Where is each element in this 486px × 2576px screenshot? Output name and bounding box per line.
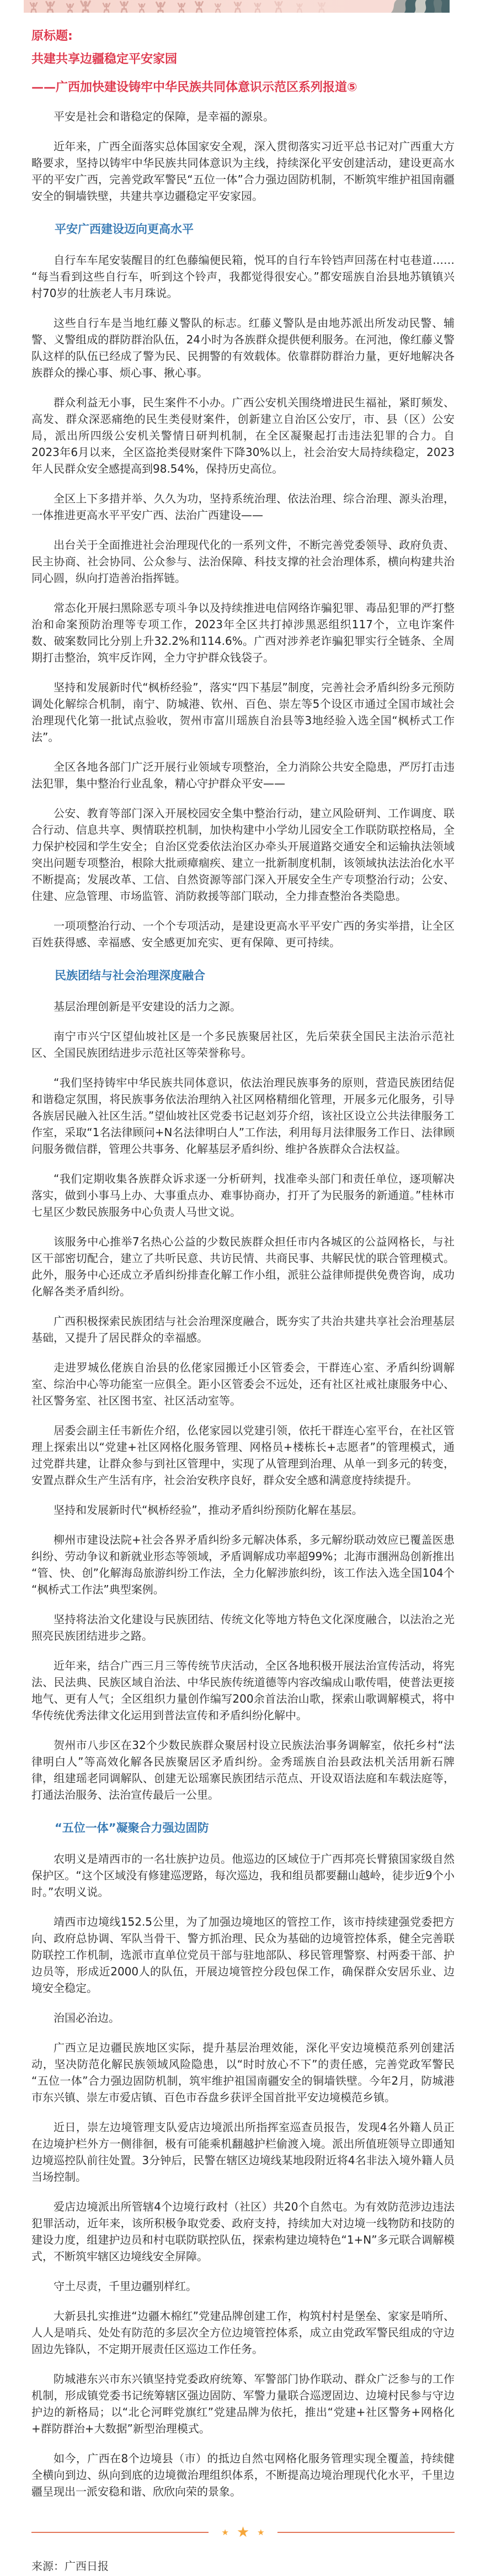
body-paragraph: 守土尽责，千里边疆别样红。 — [31, 2278, 455, 2294]
body-paragraph: 柳州市建设法院+社会各界矛盾纠纷多元解决体系，多元解纷联动效应已覆盖医患纠纷、劳… — [31, 1531, 455, 1598]
body-paragraph: 如今，广西在8个边境县（市）的抵边自然屯网格化服务管理实现全覆盖，持续健全横向到… — [31, 2450, 455, 2500]
article-content: 原标题: 共建共享边疆稳定平安家园 ——广西加快建设铸牢中华民族共同体意识示范区… — [0, 29, 486, 2574]
body-paragraph: 公安、教育等部门深入开展校园安全集中整治行动，建立风险研判、工作调度、联合行动、… — [31, 805, 455, 904]
divider-line-left — [31, 2532, 209, 2533]
body-paragraph: 治国必治边。 — [31, 2010, 455, 2026]
body-paragraph: 爱店边境派出所管辖4个边境行政村（社区）共20个自然屯。为有效防范涉边违法犯罪活… — [31, 2198, 455, 2265]
body-paragraph: 坚持和发展新时代“枫桥经验”，落实“四下基层”制度，完善社会矛盾纠纷多元预防调处… — [31, 679, 455, 745]
body-paragraph: 靖西市边境线152.5公里，为了加强边境地区的管控工作，该市持续建强党委把方向、… — [31, 1914, 455, 1996]
body-paragraph: 该服务中心推举7名热心公益的少数民族群众担任市内各城区的公益网格长，与社区干部密… — [31, 1233, 455, 1300]
body-paragraph: 贺州市八步区在32个少数民族群众聚居村设立民族法治事务调解室，依托乡村“法律明白… — [31, 1737, 455, 1803]
pretitle-label: 原标题: — [31, 29, 455, 44]
article-body: 平安是社会和谐稳定的保障，是幸福的源泉。近年来，广西全面落实总体国家安全观，深入… — [31, 108, 455, 2500]
body-paragraph: 广西积极探索民族团结与社会治理深度融合，既夯实了共治共建共享社会治理基层基础，又… — [31, 1313, 455, 1346]
body-paragraph: 坚持将法治文化建设与民族团结、传统文化等地方特色文化深度融合，以法治之光照亮民族… — [31, 1611, 455, 1644]
body-paragraph: 全区各地各部门广泛开展行业领域专项整治，全力消除公共安全隐患，严厉打击违法犯罪，… — [31, 759, 455, 792]
body-paragraph: “我们定期收集各族群众诉求逐一分析研判，找准牵头部门和责任单位，逐项解决落实，做… — [31, 1170, 455, 1220]
source-line: 来源：广西日报 — [31, 2558, 455, 2574]
body-paragraph: 广西立足边疆民族地区实际，提升基层治理效能，深化平安边境模范系列创建活动，坚决防… — [31, 2039, 455, 2106]
section-heading: “五位一体”凝聚合力强边固防 — [31, 1820, 455, 1836]
body-paragraph: 全区上下多措并举、久久为功，坚持系统治理、依法治理、综合治理、源头治理，一体推进… — [31, 490, 455, 523]
body-paragraph: 平安是社会和谐稳定的保障，是幸福的源泉。 — [31, 108, 455, 125]
body-paragraph: 近年来，结合广西三月三等传统节庆活动，全区各地积极开展法治宣传活动，将宪法、民法… — [31, 1657, 455, 1724]
star-icon: ★ — [221, 2529, 228, 2537]
body-paragraph: 常态化开展扫黑除恶专项斗争以及持续推进电信网络诈骗犯罪、毒品犯罪的严打整治和命案… — [31, 600, 455, 666]
section-divider: ★ ★ ★ — [31, 2525, 455, 2540]
body-paragraph: 群众利益无小事，民生案件不小办。广西公安机关围绕增进民生福祉，紧盯频发、高发、群… — [31, 394, 455, 477]
rock-art-pattern — [24, 0, 450, 13]
body-paragraph: 走进罗城仫佬族自治县的仫佬家园搬迁小区管委会，干群连心室、矛盾纠纷调解室、综治中… — [31, 1359, 455, 1409]
divider-line-right — [277, 2532, 455, 2533]
body-paragraph: 大新县扎实推进“边疆木棉红”党建品牌创建工作，构筑村村是堡垒、家家是哨所、人人是… — [31, 2308, 455, 2357]
body-paragraph: 近日，崇左边境管理支队爱店边境派出所指挥室巡查员报告，发现4名外籍人员正在边境护… — [31, 2119, 455, 2185]
body-paragraph: 基层治理创新是平安建设的活力之源。 — [31, 998, 455, 1015]
article-page: 原标题: 共建共享边疆稳定平安家园 ——广西加快建设铸牢中华民族共同体意识示范区… — [0, 0, 486, 2576]
body-paragraph: 居委会副主任韦新佐介绍，仫佬家园以党建引领，依托干群连心室平台，在社区管理上探索… — [31, 1422, 455, 1488]
body-paragraph: 自行车车尾安装醒目的红色藤编便民箱，悦耳的自行车铃铛声回荡在村屯巷道……“每当看… — [31, 252, 455, 301]
star-icon: ★ — [237, 2525, 249, 2540]
body-paragraph: 坚持和发展新时代“枫桥经验”，推动矛盾纠纷预防化解在基层。 — [31, 1502, 455, 1518]
body-paragraph: “我们坚持铸牢中华民族共同体意识，依法治理民族事务的原则，营造民族团结促和谐稳定… — [31, 1074, 455, 1157]
section-heading: 平安广西建设迈向更高水平 — [31, 221, 455, 237]
star-icon: ★ — [257, 2529, 264, 2537]
section-heading: 民族团结与社会治理深度融合 — [31, 967, 455, 984]
body-paragraph: 农明义是靖西市的一名壮族护边员。他巡边的区域位于广西邦亮长臂猿国家级自然保护区。… — [31, 1851, 455, 1900]
page-subtitle: ——广西加快建设铸牢中华民族共同体意识示范区系列报道⑤ — [31, 81, 455, 95]
body-paragraph: 南宁市兴宁区望仙坡社区是一个多民族聚居社区，先后荣获全国民主法治示范社区、全国民… — [31, 1028, 455, 1061]
header-banner-image — [24, 0, 450, 13]
body-paragraph: 防城港东兴市东兴镇坚持党委政府统筹、军警部门协作联动、群众广泛参与的工作机制，形… — [31, 2371, 455, 2437]
body-paragraph: 近年来，广西全面落实总体国家安全观，深入贯彻落实习近平总书记对广西重大方略要求，… — [31, 138, 455, 204]
body-paragraph: 一项项整治行动、一个个专项活动，是建设更高水平平安广西的务实举措，让全区百姓获得… — [31, 918, 455, 951]
page-title: 共建共享边疆稳定平安家园 — [31, 52, 455, 67]
body-paragraph: 出台关于全面推进社会治理现代化的一系列文件，不断完善党委领导、政府负责、民主协商… — [31, 537, 455, 586]
divider-stars: ★ ★ ★ — [217, 2525, 268, 2540]
body-paragraph: 这些自行车是当地红藤义警队的标志。红藤义警队是由地苏派出所发动民警、辅警、义警组… — [31, 315, 455, 381]
